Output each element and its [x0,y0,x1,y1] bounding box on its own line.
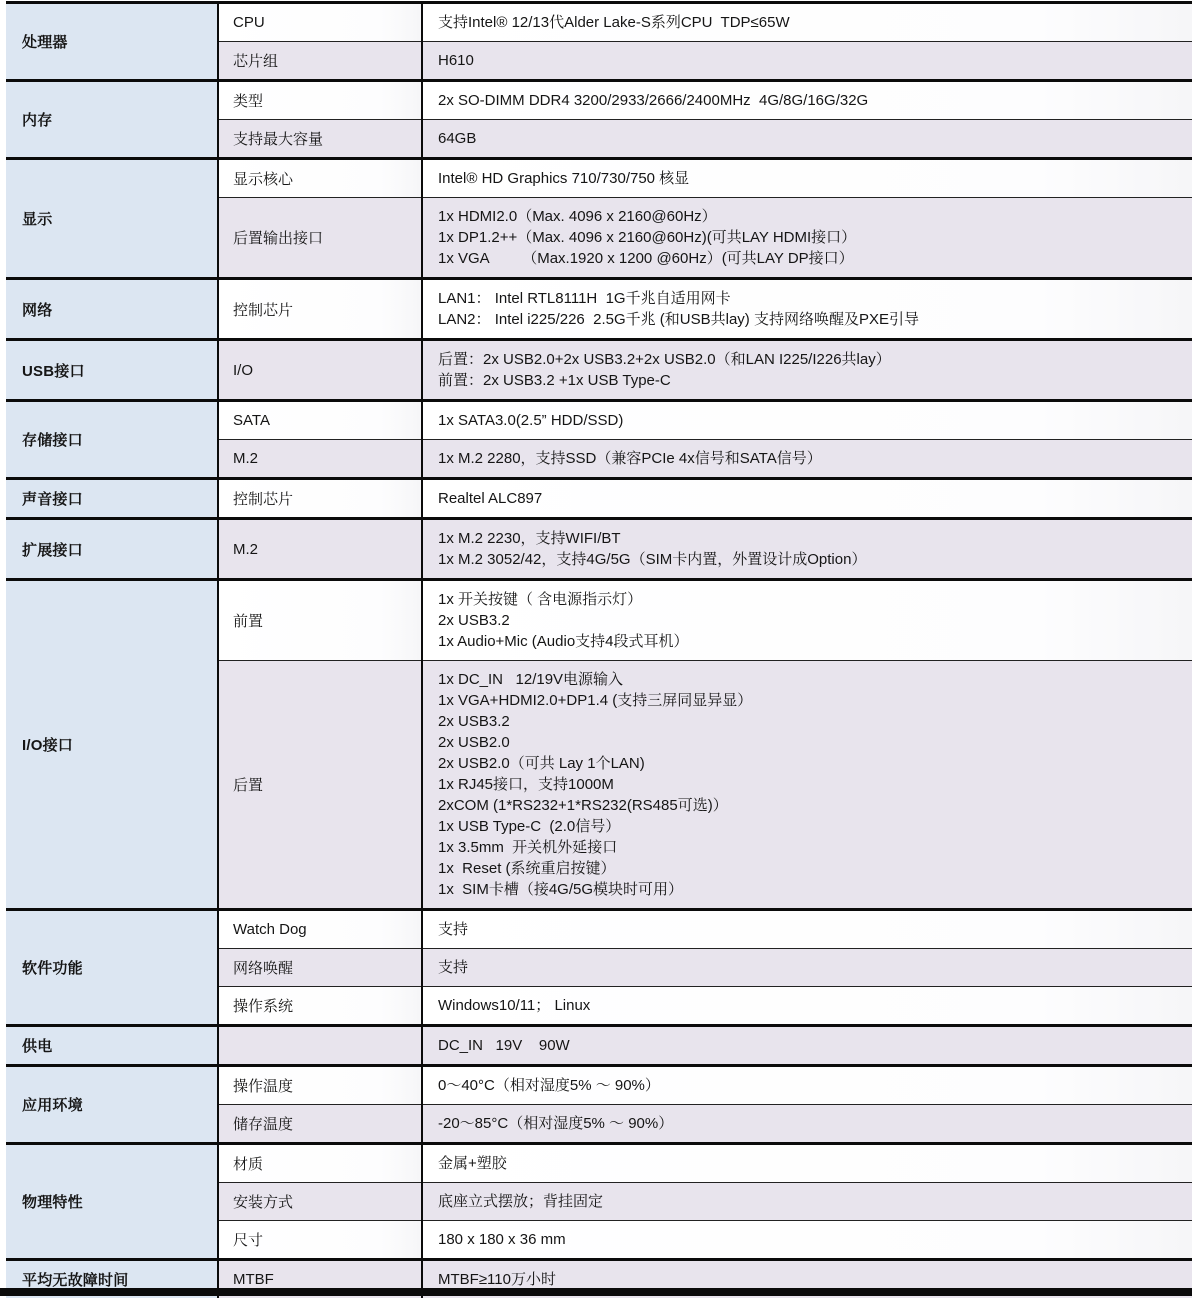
spec-value-cell: 1x 开关按键（ 含电源指示灯）2x USB3.21x Audio+Mic (A… [422,580,1192,661]
table-row: 软件功能Watch Dog支持 [6,910,1192,949]
spec-name-cell: 显示核心 [218,159,422,198]
table-row: 声音接口控制芯片Realtel ALC897 [6,479,1192,519]
spec-value-line: LAN1： Intel RTL8111H 1G千兆自适用网卡 [438,288,1182,309]
spec-value-line: 1x VGA （Max.1920 x 1200 @60Hz）(可共LAY DP接… [438,248,1182,269]
spec-name-cell: 安装方式 [218,1183,422,1221]
spec-value-line: 180 x 180 x 36 mm [438,1229,1182,1250]
category-cell: 内存 [6,81,218,159]
spec-value-line: 1x DC_IN 12/19V电源输入 [438,669,1182,690]
spec-value-line: 金属+塑胶 [438,1153,1182,1174]
table-row: 内存类型2x SO-DIMM DDR4 3200/2933/2666/2400M… [6,81,1192,120]
spec-value-cell: Intel® HD Graphics 710/730/750 核显 [422,159,1192,198]
category-cell: 网络 [6,279,218,340]
spec-value-cell: 2x SO-DIMM DDR4 3200/2933/2666/2400MHz 4… [422,81,1192,120]
spec-value-cell: 支持 [422,949,1192,987]
spec-name-cell: 材质 [218,1144,422,1183]
category-cell: 存储接口 [6,401,218,479]
spec-value-line: 0～40°C（相对湿度5% ～ 90%） [438,1075,1182,1096]
table-row: 物理特性材质金属+塑胶 [6,1144,1192,1183]
spec-name-cell: I/O [218,340,422,401]
category-cell: I/O接口 [6,580,218,910]
spec-value-line: 1x HDMI2.0（Max. 4096 x 2160@60Hz） [438,206,1182,227]
spec-value-cell: 0～40°C（相对湿度5% ～ 90%） [422,1066,1192,1105]
spec-value-line: 2x USB3.2 [438,711,1182,732]
spec-name-cell: SATA [218,401,422,440]
spec-value-line: 64GB [438,128,1182,149]
spec-value-cell: 64GB [422,120,1192,159]
spec-name-cell: M.2 [218,440,422,479]
spec-name-cell: 支持最大容量 [218,120,422,159]
spec-value-line: 底座立式摆放；背挂固定 [438,1191,1182,1212]
spec-value-line: 1x 开关按键（ 含电源指示灯） [438,589,1182,610]
spec-name-cell: 尺寸 [218,1221,422,1260]
table-row: 供电DC_IN 19V 90W [6,1026,1192,1066]
spec-value-line: 支持 [438,957,1182,978]
spec-value-cell: 支持 [422,910,1192,949]
spec-value-line: 1x Reset (系统重启按键） [438,858,1182,879]
spec-value-cell: 支持Intel® 12/13代Alder Lake-S系列CPU TDP≤65W [422,3,1192,42]
spec-value-cell: H610 [422,42,1192,81]
spec-value-cell: 金属+塑胶 [422,1144,1192,1183]
spec-value-line: 2xCOM (1*RS232+1*RS232(RS485可选)） [438,795,1182,816]
spec-value-cell: Realtel ALC897 [422,479,1192,519]
spec-value-line: Intel® HD Graphics 710/730/750 核显 [438,168,1182,189]
spec-name-cell: 芯片组 [218,42,422,81]
spec-sheet: 处理器CPU支持Intel® 12/13代Alder Lake-S系列CPU T… [0,0,1192,1298]
spec-name-cell: 控制芯片 [218,279,422,340]
spec-value-cell: -20～85°C（相对湿度5% ～ 90%） [422,1105,1192,1144]
spec-value-line: 1x SATA3.0(2.5” HDD/SSD) [438,410,1182,431]
spec-name-cell [218,1026,422,1066]
spec-name-cell: 后置 [218,661,422,910]
spec-value-line: 1x Audio+Mic (Audio支持4段式耳机） [438,631,1182,652]
spec-value-cell: 后置：2x USB2.0+2x USB3.2+2x USB2.0（和LAN I2… [422,340,1192,401]
spec-value-line: Windows10/11； Linux [438,995,1182,1016]
table-row: 处理器CPU支持Intel® 12/13代Alder Lake-S系列CPU T… [6,3,1192,42]
spec-value-cell: 1x M.2 2280，支持SSD（兼容PCIe 4x信号和SATA信号） [422,440,1192,479]
spec-name-cell: Watch Dog [218,910,422,949]
spec-name-cell: 网络唤醒 [218,949,422,987]
spec-value-line: 支持 [438,919,1182,940]
category-cell: 扩展接口 [6,519,218,580]
spec-value-line: 1x SIM卡槽（接4G/5G模块时可用） [438,879,1182,900]
table-row: I/O接口前置1x 开关按键（ 含电源指示灯）2x USB3.21x Audio… [6,580,1192,661]
spec-value-line: -20～85°C（相对湿度5% ～ 90%） [438,1113,1182,1134]
category-cell: 应用环境 [6,1066,218,1144]
spec-name-cell: 储存温度 [218,1105,422,1144]
spec-value-cell: LAN1： Intel RTL8111H 1G千兆自适用网卡LAN2： Inte… [422,279,1192,340]
spec-value-line: 1x M.2 2230，支持WIFI/BT [438,528,1182,549]
spec-value-line: 2x USB2.0 [438,732,1182,753]
spec-name-cell: CPU [218,3,422,42]
spec-table-body: 处理器CPU支持Intel® 12/13代Alder Lake-S系列CPU T… [6,3,1192,1298]
spec-name-cell: M.2 [218,519,422,580]
spec-value-cell: 180 x 180 x 36 mm [422,1221,1192,1260]
spec-value-line: 1x USB Type-C (2.0信号） [438,816,1182,837]
spec-value-cell: 1x DC_IN 12/19V电源输入1x VGA+HDMI2.0+DP1.4 … [422,661,1192,910]
category-cell: USB接口 [6,340,218,401]
spec-value-line: DC_IN 19V 90W [438,1035,1182,1056]
spec-name-cell: 前置 [218,580,422,661]
spec-value-line: 1x M.2 3052/42，支持4G/5G（SIM卡内置，外置设计成Optio… [438,549,1182,570]
bottom-border-bar [0,1288,1192,1296]
spec-table: 处理器CPU支持Intel® 12/13代Alder Lake-S系列CPU T… [6,1,1192,1298]
spec-value-line: 2x SO-DIMM DDR4 3200/2933/2666/2400MHz 4… [438,90,1182,111]
spec-name-cell: 控制芯片 [218,479,422,519]
category-cell: 物理特性 [6,1144,218,1260]
spec-value-cell: 1x M.2 2230，支持WIFI/BT1x M.2 3052/42，支持4G… [422,519,1192,580]
spec-value-line: 2x USB3.2 [438,610,1182,631]
spec-value-cell: 1x SATA3.0(2.5” HDD/SSD) [422,401,1192,440]
spec-name-cell: 类型 [218,81,422,120]
spec-value-line: MTBF≥110万小时 [438,1269,1182,1290]
spec-value-cell: DC_IN 19V 90W [422,1026,1192,1066]
category-cell: 软件功能 [6,910,218,1026]
spec-value-line: 后置：2x USB2.0+2x USB3.2+2x USB2.0（和LAN I2… [438,349,1182,370]
spec-value-line: 1x DP1.2++（Max. 4096 x 2160@60Hz)(可共LAY … [438,227,1182,248]
category-cell: 处理器 [6,3,218,81]
spec-value-line: LAN2： Intel i225/226 2.5G千兆 (和USB共lay) 支… [438,309,1182,330]
spec-value-line: 前置：2x USB3.2 +1x USB Type-C [438,370,1182,391]
category-cell: 声音接口 [6,479,218,519]
table-row: USB接口I/O后置：2x USB2.0+2x USB3.2+2x USB2.0… [6,340,1192,401]
spec-name-cell: 操作系统 [218,987,422,1026]
spec-value-line: 1x 3.5mm 开关机外延接口 [438,837,1182,858]
spec-value-cell: 1x HDMI2.0（Max. 4096 x 2160@60Hz）1x DP1.… [422,198,1192,279]
spec-value-line: 支持Intel® 12/13代Alder Lake-S系列CPU TDP≤65W [438,12,1182,33]
table-row: 扩展接口M.21x M.2 2230，支持WIFI/BT1x M.2 3052/… [6,519,1192,580]
spec-name-cell: 操作温度 [218,1066,422,1105]
spec-value-line: 2x USB2.0（可共 Lay 1个LAN) [438,753,1182,774]
spec-value-cell: Windows10/11； Linux [422,987,1192,1026]
category-cell: 供电 [6,1026,218,1066]
spec-name-cell: 后置输出接口 [218,198,422,279]
table-row: 应用环境操作温度0～40°C（相对湿度5% ～ 90%） [6,1066,1192,1105]
spec-value-line: 1x VGA+HDMI2.0+DP1.4 (支持三屏同显异显） [438,690,1182,711]
spec-value-line: Realtel ALC897 [438,488,1182,509]
spec-value-line: H610 [438,50,1182,71]
table-row: 显示显示核心Intel® HD Graphics 710/730/750 核显 [6,159,1192,198]
table-row: 网络控制芯片LAN1： Intel RTL8111H 1G千兆自适用网卡LAN2… [6,279,1192,340]
spec-value-line: 1x RJ45接口，支持1000M [438,774,1182,795]
category-cell: 显示 [6,159,218,279]
spec-value-line: 1x M.2 2280，支持SSD（兼容PCIe 4x信号和SATA信号） [438,448,1182,469]
spec-value-cell: 底座立式摆放；背挂固定 [422,1183,1192,1221]
table-row: 存储接口SATA1x SATA3.0(2.5” HDD/SSD) [6,401,1192,440]
